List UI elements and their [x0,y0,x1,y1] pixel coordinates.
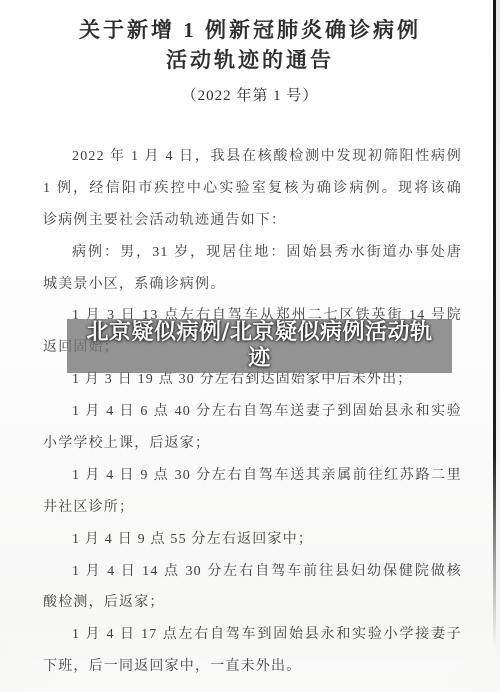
document-line: 诊病例主要社会活动轨迹通告如下： [43,205,462,237]
document-title: 关于新增 1 例新冠肺炎确诊病例 活动轨迹的通告 [0,15,500,75]
photo-edge-line [493,0,496,648]
document-photo: 关于新增 1 例新冠肺炎确诊病例 活动轨迹的通告 （2022 年第 1 号） 2… [0,0,500,692]
document-title-line1: 关于新增 1 例新冠肺炎确诊病例 [0,15,500,45]
document-line: 1 月 4 日 6 点 40 分左右自驾车送妻子到固始县永和实验 [43,396,462,428]
video-caption-overlay: 北京疑似病例/北京疑似病例活动轨 迹 [67,319,452,373]
document-line: 井社区诊所； [43,492,462,524]
caption-text-line1: 北京疑似病例/北京疑似病例活动轨 [86,320,432,346]
document-line: 1 例，经信阳市疾控中心实验室复核为确诊病例。现将该确 [43,173,462,205]
document-line: 1 月 4 日 17 点左右自驾车到固始县永和实验小学接妻子 [43,619,462,651]
document-line: 1 月 4 日 9 点 30 分左右自驾车送其亲属前往红苏路二里 [43,460,462,492]
document-line: 小学学校上课，后返家； [43,428,462,460]
document-body: 2022 年 1 月 4 日，我县在核酸检测中发现初筛阳性病例1 例，经信阳市疾… [43,141,462,683]
photo-edge-background [496,0,500,640]
document-line: 2022 年 1 月 4 日，我县在核酸检测中发现初筛阳性病例 [43,141,462,173]
document-line: 1 月 4 日 14 点 30 分左右自驾车前往县妇幼保健院做核 [43,556,462,588]
document-title-line2: 活动轨迹的通告 [0,45,500,75]
document-issue-number: （2022 年第 1 号） [0,84,500,105]
caption-text-line2: 迹 [248,346,271,372]
document-line: 1 月 4 日 9 点 55 分左右返回家中； [43,524,462,556]
document-line: 病例：男，31 岁，现居住地：固始县秀水街道办事处唐 [43,237,462,269]
document-line: 城美景小区，系确诊病例。 [43,269,462,301]
document-line: 下班，后一同返回家中，一直未外出。 [43,651,462,683]
document-line: 酸检测，后返家； [43,587,462,619]
